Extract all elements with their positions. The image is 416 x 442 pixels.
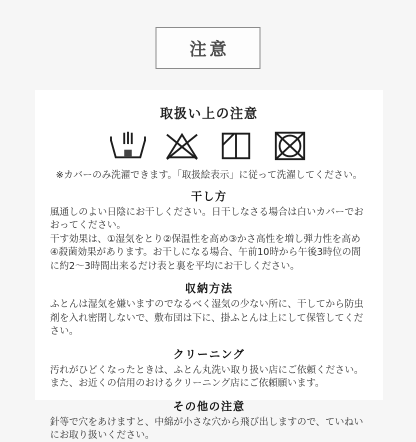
- section-other-heading: その他の注意: [50, 398, 368, 414]
- section-storage-body: ふとんは湿気を嫌いますのでなるべく湿気の少ない所に、干してから防虫剤を入れ密閉し…: [50, 298, 368, 338]
- section-other-body: 針等で穴をあけますと、中綿が小さな穴から飛び出しますので、ていねいにお取り扱いく…: [50, 416, 368, 442]
- do-not-tumble-dry-icon: [269, 128, 311, 162]
- do-not-bleach-icon: [161, 128, 203, 162]
- care-card: 取扱い上の注意: [35, 90, 383, 400]
- section-storage-heading: 収納方法: [50, 280, 368, 296]
- notice-badge-label: 注意: [190, 40, 230, 60]
- section-cleaning-body: 汚れがひどくなったときは、ふとん丸洗い取り扱い店にご依頼ください。また、お近くの…: [50, 364, 368, 391]
- cover-wash-note: ※カバーのみ洗濯できます。「取扱絵表示」に従って洗濯してください。: [50, 167, 368, 181]
- card-title: 取扱い上の注意: [50, 103, 368, 122]
- notice-badge: 注意: [156, 27, 261, 69]
- laundry-symbols-row: [50, 127, 368, 163]
- section-drying-heading: 干し方: [50, 188, 368, 204]
- hand-wash-icon: [107, 128, 149, 162]
- section-drying: 干し方 風通しのよい日陰にお干しください。日干しなさる場合は白いカバーでおおって…: [50, 188, 368, 273]
- section-cleaning: クリーニング 汚れがひどくなったときは、ふとん丸洗い取り扱い店にご依頼ください。…: [50, 346, 368, 391]
- section-storage: 収納方法 ふとんは湿気を嫌いますのでなるべく湿気の少ない所に、干してから防虫剤を…: [50, 280, 368, 338]
- shade-dry-icon: [215, 128, 257, 162]
- section-cleaning-heading: クリーニング: [50, 346, 368, 362]
- care-instructions-page: 注意 取扱い上の注意: [0, 0, 416, 442]
- section-drying-body: 風通しのよい日陰にお干しください。日干しなさる場合は白いカバーでおおってください…: [50, 206, 368, 273]
- section-other: その他の注意 針等で穴をあけますと、中綿が小さな穴から飛び出しますので、ていねい…: [50, 398, 368, 442]
